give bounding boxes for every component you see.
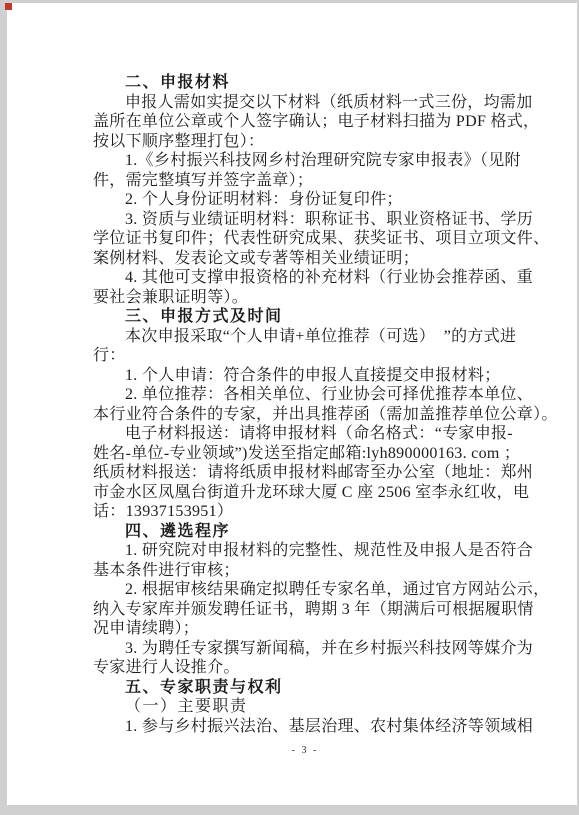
text-line: 话：13937153951） bbox=[93, 502, 517, 522]
text-line: 4. 其他可支撑申报资格的补充材料（行业协会推荐函、重 bbox=[93, 268, 517, 288]
text-line: 案例材料、发表论文或专著等相关业绩证明； bbox=[93, 249, 517, 269]
text-line: 1.《乡村振兴科技网乡村治理研究院专家申报表》（见附 bbox=[93, 151, 517, 171]
text-line: 1. 参与乡村振兴法治、基层治理、农村集体经济等领域相 bbox=[93, 717, 517, 737]
screenshot-root: { "page": { "background_color": "#d0d0d0… bbox=[0, 0, 579, 815]
text-line: 2. 根据审核结果确定拟聘任专家名单，通过官方网站公示， bbox=[93, 580, 517, 600]
text-line: 行： bbox=[93, 346, 517, 366]
text-line: 电子材料报送：请将申报材料（命名格式：“专家申报- bbox=[93, 424, 517, 444]
text-line: 本行业符合条件的专家，并出具推荐函（需加盖推荐单位公章）。 bbox=[93, 405, 517, 425]
text-line: 2. 个人身份证明材料：身份证复印件； bbox=[93, 190, 517, 210]
section-heading: 四、遴选程序 bbox=[93, 522, 517, 542]
text-line: 纸质材料报送：请将纸质申报材料邮寄至办公室（地址：郑州 bbox=[93, 463, 517, 483]
text-line: 2. 单位推荐：各相关单位、行业协会可择优推荐本单位、 bbox=[93, 385, 517, 405]
text-line: 盖所在单位公章或个人签字确认；电子材料扫描为 PDF 格式， bbox=[93, 112, 517, 132]
text-line: 纳入专家库并颁发聘任证书，聘期 3 年（期满后可根据履职情 bbox=[93, 600, 517, 620]
text-line: 专家进行人设推介。 bbox=[93, 658, 517, 678]
text-line: 学位证书复印件；代表性研究成果、获奖证书、项目立项文件、 bbox=[93, 229, 517, 249]
red-corner-mark bbox=[5, 3, 12, 10]
text-line: 申报人需如实提交以下材料（纸质材料一式三份，均需加 bbox=[93, 93, 517, 113]
text-line: 3. 为聘任专家撰写新闻稿，并在乡村振兴科技网等媒介为 bbox=[93, 639, 517, 659]
text-line: 本次申报采取“个人申请+单位推荐（可选） ”的方式进 bbox=[93, 327, 517, 347]
section-heading: 二、申报材料 bbox=[93, 73, 517, 93]
text-line: 按以下顺序整理打包）： bbox=[93, 132, 517, 152]
text-line: （一）主要职责 bbox=[93, 697, 517, 717]
section-heading: 三、申报方式及时间 bbox=[93, 307, 517, 327]
section-heading: 五、专家职责与权利 bbox=[93, 678, 517, 698]
text-line: 姓名-单位-专业领域”)发送至指定邮箱:lyh890000163. com ； bbox=[93, 444, 517, 464]
text-line: 市金水区凤凰台街道升龙环球大厦 C 座 2506 室李永红收，电 bbox=[93, 483, 517, 503]
text-line: 3. 资质与业绩证明材料：职称证书、职业资格证书、学历 bbox=[93, 210, 517, 230]
document-body: 二、申报材料申报人需如实提交以下材料（纸质材料一式三份，均需加盖所在单位公章或个… bbox=[93, 73, 517, 736]
text-line: 要社会兼职证明等）。 bbox=[93, 288, 517, 308]
page-number: - 3 - bbox=[93, 745, 517, 756]
text-line: 1. 研究院对申报材料的完整性、规范性及申报人是否符合 bbox=[93, 541, 517, 561]
text-line: 件，需完整填写并签字盖章）； bbox=[93, 171, 517, 191]
document-page: 二、申报材料申报人需如实提交以下材料（纸质材料一式三份，均需加盖所在单位公章或个… bbox=[7, 3, 577, 805]
text-line: 基本条件进行审核； bbox=[93, 561, 517, 581]
text-line: 1. 个人申请：符合条件的申报人直接提交申报材料； bbox=[93, 366, 517, 386]
text-line: 况申请续聘）； bbox=[93, 619, 517, 639]
